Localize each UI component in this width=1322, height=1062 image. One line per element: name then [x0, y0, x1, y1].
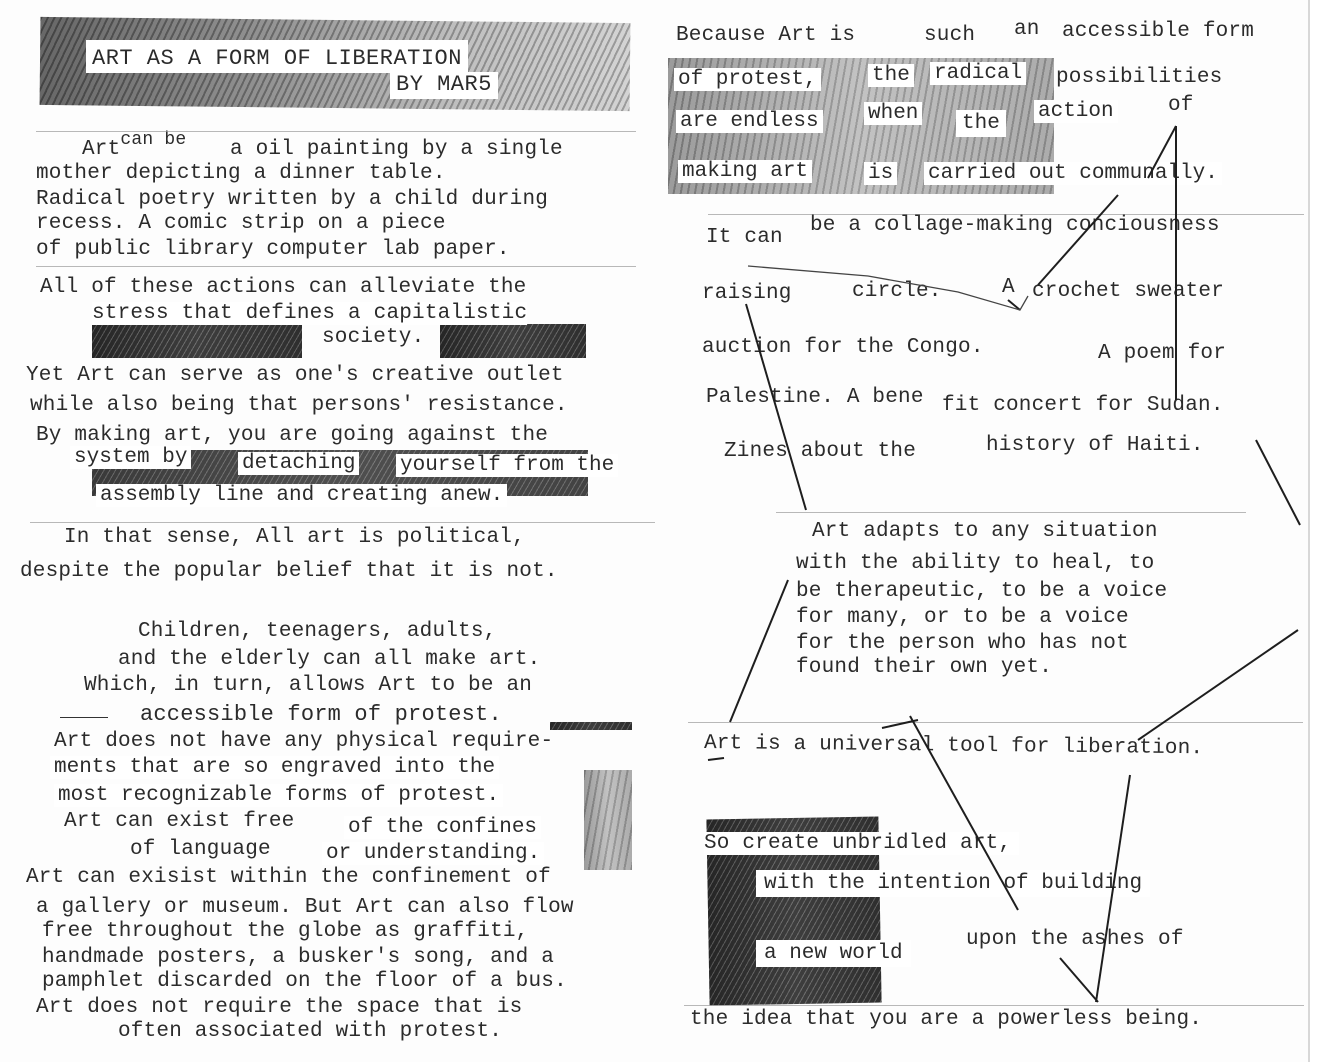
text-fragment: carried out communally.: [924, 162, 1222, 185]
text-line: accessible form of protest.: [140, 702, 502, 727]
text-line: the idea that you are a powerless being.: [690, 1008, 1202, 1031]
text-line: a oil painting by a single: [230, 138, 563, 161]
text-fragment: when: [864, 102, 922, 125]
text-line: with the ability to heal, to: [796, 552, 1154, 575]
paper-strip-edge: [36, 266, 636, 267]
text-line: while also being that persons' resistanc…: [30, 394, 568, 417]
paper-strip-edge: [684, 1005, 1304, 1006]
text-fragment: can be: [120, 130, 186, 150]
paper-strip-edge: [30, 522, 655, 523]
text-fragment: Art can exist free: [64, 810, 294, 833]
text-line: ments that are so engraved into the: [50, 756, 499, 779]
text-line: So create unbridled art,: [704, 832, 1019, 855]
text-line: Art adapts to any situation: [812, 520, 1158, 543]
paper-strip-edge: [688, 722, 1303, 723]
text-line: Art is a universal tool for liberation.: [704, 732, 1203, 760]
text-line: Art does not have any physical require-: [54, 730, 553, 753]
text-fragment: radical: [930, 62, 1026, 85]
text-line: with the intention of building: [756, 870, 1150, 897]
text-line: found their own yet.: [796, 656, 1052, 679]
text-line: mother depicting a dinner table.: [36, 162, 446, 185]
text-line: In that sense, All art is political,: [64, 526, 525, 549]
text-fragment: system by: [70, 446, 191, 469]
text-fragment: of: [1168, 94, 1194, 117]
text-fragment: action: [1034, 100, 1118, 123]
text-fragment: possibilities: [1056, 66, 1222, 89]
text-fragment: such: [924, 24, 975, 47]
paper-strip-edge: [776, 512, 1246, 513]
text-fragment: detaching: [238, 452, 359, 475]
text-line: Radical poetry written by a child during: [36, 188, 548, 211]
text-fragment: of language: [130, 838, 271, 861]
text-line: for many, or to be a voice: [796, 606, 1129, 629]
right-page: Because Art is such an accessible form o…: [668, 0, 1310, 1062]
collage-strip: [550, 722, 632, 730]
text-fragment: a new world: [756, 940, 911, 967]
text-fragment: upon the ashes of: [966, 928, 1184, 951]
text-fragment: fit concert for Sudan.: [942, 394, 1224, 417]
text-fragment: Because Art is: [676, 24, 855, 47]
text-fragment: making art: [678, 160, 812, 183]
text-line: be therapeutic, to be a voice: [796, 580, 1167, 603]
text-line: despite the popular belief that it is no…: [20, 560, 558, 583]
text-fragment: crochet sweater: [1032, 280, 1224, 303]
text-line: All of these actions can alleviate the: [40, 276, 526, 299]
text-line: By making art, you are going against the: [36, 424, 548, 447]
text-line: stress that defines a capitalistic: [92, 302, 527, 325]
left-page: ART AS A FORM OF LIBERATION BY MAR5 Artc…: [0, 0, 668, 1062]
text-fragment: an: [1014, 18, 1040, 41]
text-fragment: are endless: [676, 110, 823, 133]
text-line: most recognizable forms of protest.: [54, 784, 503, 807]
title-byline: BY MAR5: [390, 72, 498, 99]
text-fragment: It can: [706, 226, 783, 249]
text-fragment: is: [864, 162, 897, 185]
underline-mark: [60, 717, 108, 718]
text-fragment: circle.: [852, 280, 942, 303]
text-fragment: A: [1002, 276, 1015, 299]
text-fragment: Zines about the: [724, 440, 916, 463]
text-fragment: of the confines: [344, 816, 541, 839]
text-line: Children, teenagers, adults,: [138, 620, 496, 643]
text-fragment: raising: [702, 282, 792, 305]
collage-strip: [584, 770, 632, 870]
text-line: Art can exisist within the confinement o…: [26, 866, 551, 889]
text-fragment: or understanding.: [322, 842, 544, 865]
text-line: often associated with protest.: [118, 1020, 502, 1043]
text-fragment: the: [956, 110, 1006, 137]
text-line: a gallery or museum. But Art can also fl…: [36, 896, 574, 919]
text-line: pamphlet discarded on the floor of a bus…: [42, 970, 567, 993]
collage-strip: [92, 322, 302, 358]
text-line: society.: [322, 326, 424, 349]
text-fragment: A poem for: [1098, 342, 1226, 365]
title-heading: ART AS A FORM OF LIBERATION: [86, 40, 468, 73]
text-line: Which, in turn, allows Art to be an: [84, 674, 532, 697]
text-line: free throughout the globe as graffiti,: [42, 920, 528, 943]
text-fragment: the: [868, 64, 914, 87]
text-fragment: accessible form: [1062, 20, 1254, 43]
text-line: for the person who has not: [796, 632, 1129, 655]
text-fragment: yourself from the: [396, 454, 618, 477]
text-fragment: auction for the Congo.: [702, 336, 984, 359]
text-fragment: Art: [82, 138, 120, 161]
text-line: of public library computer lab paper.: [36, 238, 510, 261]
text-line: and the elderly can all make art.: [118, 648, 540, 671]
text-line: handmade posters, a busker's song, and a: [42, 946, 554, 969]
text-line: Yet Art can serve as one's creative outl…: [26, 364, 564, 387]
text-fragment: of protest,: [674, 68, 821, 91]
text-line: Artcan be: [82, 138, 186, 161]
paper-strip-edge: [36, 131, 636, 132]
text-line: recess. A comic strip on a piece: [36, 212, 446, 235]
collage-strip: [440, 324, 586, 358]
text-line: assembly line and creating anew.: [96, 484, 507, 507]
text-fragment: be a collage-making conciousness: [810, 214, 1220, 237]
text-line: Art does not require the space that is: [36, 996, 522, 1019]
text-fragment: Palestine. A bene: [706, 386, 924, 409]
text-fragment: history of Haiti.: [986, 434, 1204, 457]
